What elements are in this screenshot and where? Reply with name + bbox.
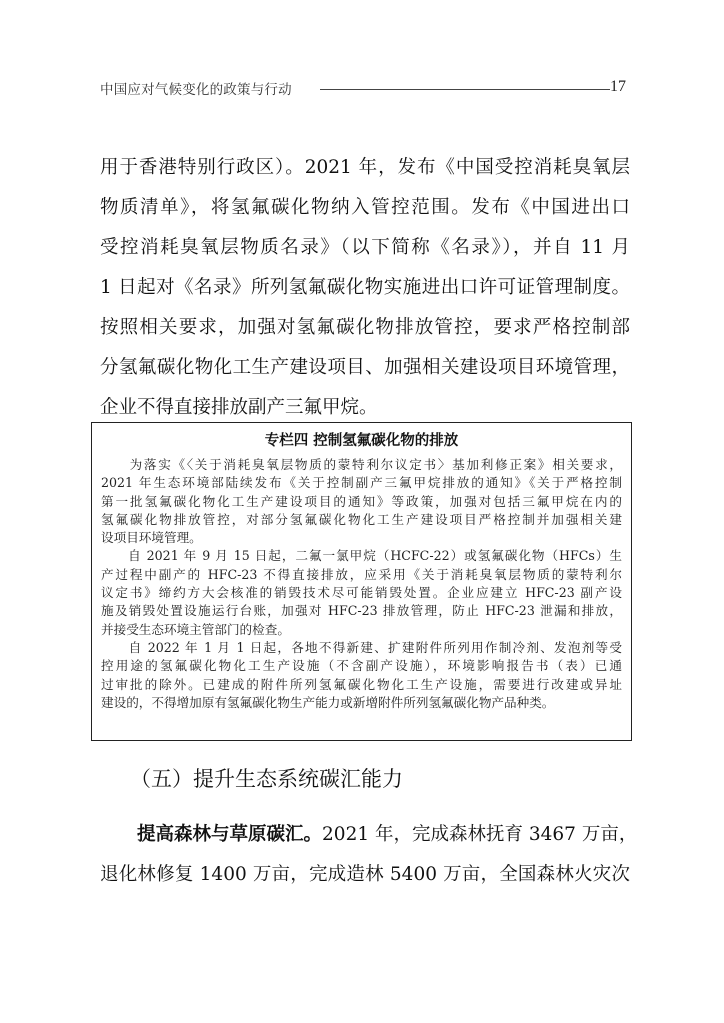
box-text-line: 议定书》缔约方大会核准的销毁技术尽可能销毁处置。企业应建立 HFC-23 副产设 bbox=[101, 584, 622, 602]
box-text-line: 设项目环境管理。 bbox=[101, 529, 622, 547]
text-line: 提高森林与草原碳汇。2021 年，完成森林抚育 3467 万亩， bbox=[100, 815, 630, 855]
text-line: 退化林修复 1400 万亩，完成造林 5400 万亩，全国森林火灾次 bbox=[100, 855, 630, 895]
box-body: 为落实《〈关于消耗臭氧层物质的蒙特利尔议定书〉基加利修正案》相关要求， 2021… bbox=[101, 456, 622, 712]
box-text-line: 过审批的除外。已建成的附件所列氢氟碳化物化工生产设施，需要进行改建或异址 bbox=[101, 676, 622, 694]
box-text-line: 2021 年生态环境部陆续发布《关于控制副产三氟甲烷排放的通知》《关于严格控制 bbox=[101, 474, 622, 492]
text-line: 受控消耗臭氧层物质名录》（以下简称《名录》），并自 11 月 bbox=[100, 228, 630, 268]
body-paragraph-2: 提高森林与草原碳汇。2021 年，完成森林抚育 3467 万亩， 退化林修复 1… bbox=[100, 815, 630, 895]
text-line: 分氢氟碳化物化工生产建设项目、加强相关建设项目环境管理， bbox=[100, 348, 630, 388]
box-text-line: 自 2022 年 1 月 1 日起，各地不得新建、扩建附件所列用作制冷剂、发泡剂… bbox=[101, 639, 622, 657]
text-line: 物质清单》，将氢氟碳化物纳入管控范围。发布《中国进出口 bbox=[100, 188, 630, 228]
page-header: 中国应对气候变化的政策与行动 17 bbox=[100, 78, 626, 100]
body-paragraph-1: 用于香港特别行政区）。2021 年，发布《中国受控消耗臭氧层 物质清单》，将氢氟… bbox=[100, 148, 630, 428]
box-text-line: 并接受生态环境主管部门的检查。 bbox=[101, 621, 622, 639]
page-number: 17 bbox=[610, 78, 626, 96]
box-text-line: 建设的，不得增加原有氢氟碳化物生产能力或新增附件所列氢氟碳化物产品种类。 bbox=[101, 694, 622, 712]
box-text-line: 控用途的氢氟碳化物化工生产设施（不含副产设施），环境影响报告书（表）已通 bbox=[101, 657, 622, 675]
box-text-line: 第一批氢氟碳化物化工生产建设项目的通知》等政策，加强对包括三氟甲烷在内的 bbox=[101, 493, 622, 511]
box-text-line: 产过程中副产的 HFC-23 不得直接排放，应采用《关于消耗臭氧层物质的蒙特利尔 bbox=[101, 566, 622, 584]
box-text-line: 为落实《〈关于消耗臭氧层物质的蒙特利尔议定书〉基加利修正案》相关要求， bbox=[101, 456, 622, 474]
paragraph-lead-bold: 提高森林与草原碳汇。 bbox=[137, 824, 322, 845]
running-header-title: 中国应对气候变化的政策与行动 bbox=[100, 78, 292, 98]
section-heading: （五）提升生态系统碳汇能力 bbox=[130, 763, 403, 793]
box-title: 专栏四 控制氢氟碳化物的排放 bbox=[92, 429, 631, 450]
box-text-line: 自 2021 年 9 月 15 日起，二氟一氯甲烷（HCFC-22）或氢氟碳化物… bbox=[101, 547, 622, 565]
text-line: 按照相关要求，加强对氢氟碳化物排放管控，要求严格控制部 bbox=[100, 308, 630, 348]
sidebar-box-column-4: 专栏四 控制氢氟碳化物的排放 为落实《〈关于消耗臭氧层物质的蒙特利尔议定书〉基加… bbox=[91, 422, 632, 741]
header-divider bbox=[320, 89, 610, 90]
box-text-line: 氢氟碳化物排放管控，对部分氢氟碳化物化工生产建设项目严格控制并加强相关建 bbox=[101, 511, 622, 529]
paragraph-text: 2021 年，完成森林抚育 3467 万亩， bbox=[322, 824, 637, 845]
text-line: 用于香港特别行政区）。2021 年，发布《中国受控消耗臭氧层 bbox=[100, 148, 630, 188]
text-line: 1 日起对《名录》所列氢氟碳化物实施进出口许可证管理制度。 bbox=[100, 268, 630, 308]
box-text-line: 施及销毁处置设施运行台账，加强对 HFC-23 排放管理，防止 HFC-23 泄… bbox=[101, 602, 622, 620]
